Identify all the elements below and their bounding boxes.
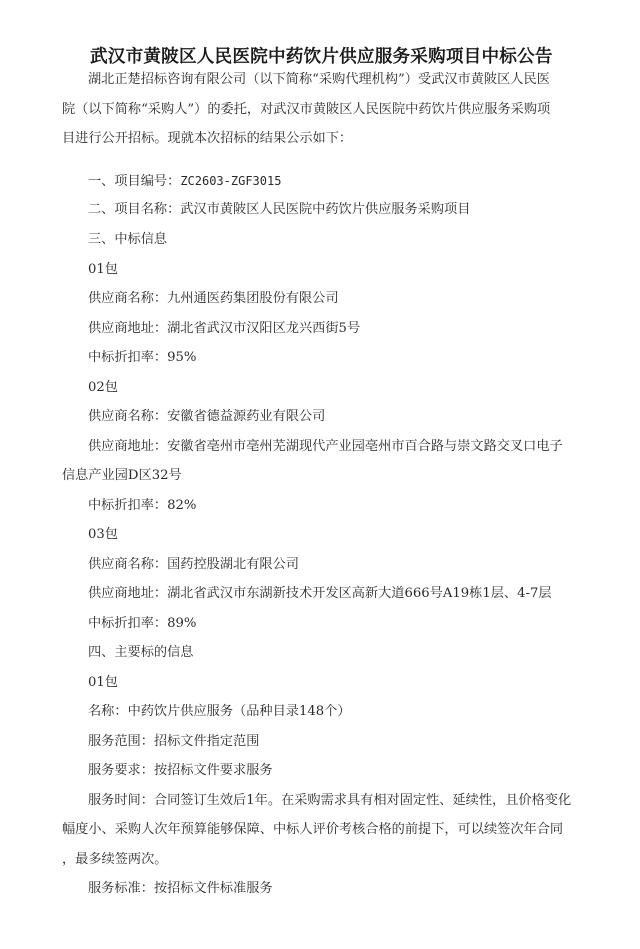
rate-label: 中标折扣率： [88,498,167,513]
package-02-title: 02包 [88,378,118,398]
service-time-line-1: 服务时间：合同签订生效后1年。在采购需求具有相对固定性、延续性，且价格变化 [88,791,571,811]
service-standard-label: 服务标准： [88,881,154,896]
package-02-rate: 中标折扣率：82% [88,496,196,516]
rate-value: 82% [167,498,196,513]
address-value: 湖北省武汉市汉阳区龙兴西街5号 [167,321,360,336]
package-01-supplier: 供应商名称：九州通医药集团股份有限公司 [88,289,339,309]
package-01-address: 供应商地址：湖北省武汉市汉阳区龙兴西街5号 [88,319,360,339]
project-name: 二、项目名称：武汉市黄陂区人民医院中药饮片供应服务采购项目 [88,200,470,220]
subject-name-value: 中药饮片供应服务（品种目录148个） [128,704,351,719]
address-label: 供应商地址： [88,321,167,336]
project-number-label: 一、项目编号： [88,174,180,189]
package-03-supplier: 供应商名称：国药控股湖北有限公司 [88,555,299,575]
project-name-label: 二、项目名称： [88,202,180,217]
service-requirement: 服务要求：按招标文件要求服务 [88,761,273,781]
section-subject-heading: 四、主要标的信息 [88,643,194,663]
address-value: 安徽省亳州市亳州芜湖现代产业园亳州市百合路与崇文路交叉口电子 [167,439,563,454]
rate-value: 89% [167,616,196,631]
intro-line-2: 院（以下简称“采购人”）的委托，对武汉市黄陂区人民医院中药饮片供应服务采购项 [62,100,550,120]
supplier-label: 供应商名称： [88,291,167,306]
rate-label: 中标折扣率： [88,616,167,631]
address-label: 供应商地址： [88,586,167,601]
supplier-label: 供应商名称： [88,557,167,572]
package-02-supplier: 供应商名称：安徽省德益源药业有限公司 [88,407,325,427]
address-label: 供应商地址： [88,439,167,454]
supplier-value: 安徽省德益源药业有限公司 [167,409,325,424]
rate-label: 中标折扣率： [88,350,167,365]
intro-line-1: 湖北正楚招标咨询有限公司（以下简称“采购代理机构”）受武汉市黄陂区人民医 [88,70,550,90]
supplier-label: 供应商名称： [88,409,167,424]
section-award-heading: 三、中标信息 [88,230,167,250]
project-name-value: 武汉市黄陂区人民医院中药饮片供应服务采购项目 [180,202,470,217]
package-01-rate: 中标折扣率：95% [88,348,196,368]
service-scope-value: 招标文件指定范围 [154,734,260,749]
package-02-address-cont: 信息产业园D区32号 [62,466,182,486]
subject-name: 名称：中药饮片供应服务（品种目录148个） [88,702,351,722]
address-value: 湖北省武汉市东湖新技术开发区高新大道666号A19栋1层、4-7层 [167,586,551,601]
supplier-value: 国药控股湖北有限公司 [167,557,299,572]
subject-name-label: 名称： [88,704,128,719]
supplier-value: 九州通医药集团股份有限公司 [167,291,338,306]
service-standard: 服务标准：按招标文件标准服务 [88,879,273,899]
project-number-value: ZC2603-ZGF3015 [180,174,281,188]
package-03-rate: 中标折扣率：89% [88,614,196,634]
subject-package-title: 01包 [88,673,118,693]
service-scope-label: 服务范围： [88,734,154,749]
package-03-address: 供应商地址：湖北省武汉市东湖新技术开发区高新大道666号A19栋1层、4-7层 [88,584,552,604]
intro-line-3: 目进行公开招标。现就本次招标的结果公示如下： [62,129,352,149]
service-time-line-2: 幅度小、采购人次年预算能够保障、中标人评价考核合格的前提下，可以续签次年合同 [62,820,563,840]
service-requirement-label: 服务要求： [88,763,154,778]
service-scope: 服务范围：招标文件指定范围 [88,732,259,752]
package-02-address: 供应商地址：安徽省亳州市亳州芜湖现代产业园亳州市百合路与崇文路交叉口电子 [88,437,563,457]
rate-value: 95% [167,350,196,365]
service-standard-value: 按招标文件标准服务 [154,881,273,896]
document-title: 武汉市黄陂区人民医院中药饮片供应服务采购项目中标公告 [90,46,555,68]
project-number: 一、项目编号：ZC2603-ZGF3015 [88,171,281,192]
package-03-title: 03包 [88,525,118,545]
service-time-line-3: ，最多续签两次。 [62,850,168,870]
service-requirement-value: 按招标文件要求服务 [154,763,273,778]
package-01-title: 01包 [88,260,118,280]
